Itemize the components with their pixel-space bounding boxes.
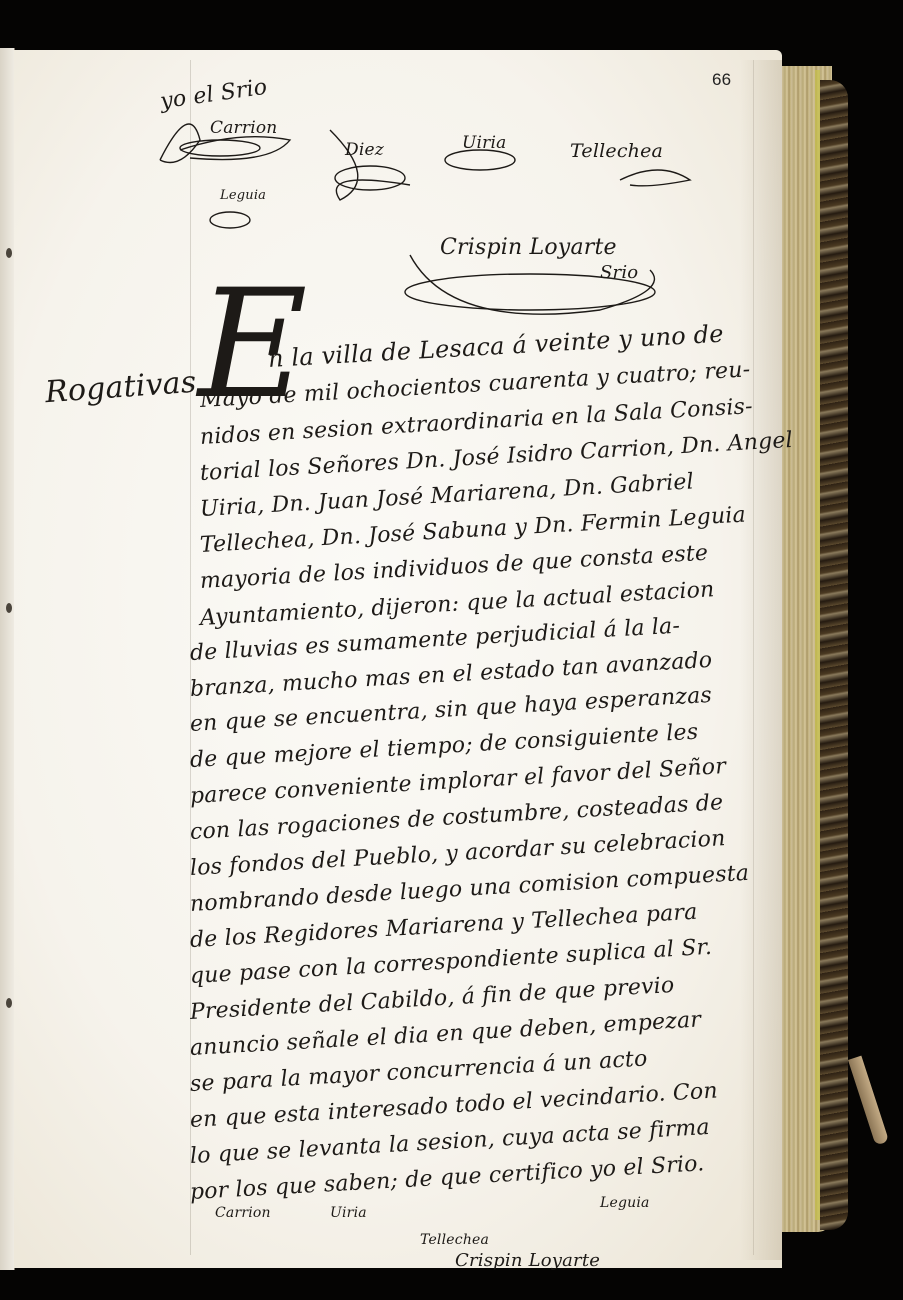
footer-signature-carrion: Carrion xyxy=(215,1205,271,1221)
folio-number: 66 xyxy=(712,70,731,90)
bookmark-ribbon xyxy=(848,1056,889,1146)
manuscript-scan: 66 yo el Srio Carrion Diez Uiria Tellech… xyxy=(0,0,903,1300)
footer-secretary-signature: Crispin Loyarte xyxy=(455,1250,600,1271)
binding-thread-mark xyxy=(6,998,12,1008)
footer-signature-leguia: Leguia xyxy=(600,1195,650,1211)
page-shadow xyxy=(740,60,782,1260)
footer-signature-tellechea: Tellechea xyxy=(420,1232,489,1248)
right-rule-line xyxy=(753,60,754,1255)
binding-thread-mark xyxy=(6,248,12,258)
footer-signature-uiria: Uiria xyxy=(330,1205,367,1221)
marbled-cover xyxy=(820,80,848,1230)
facing-page-edge xyxy=(0,48,15,1270)
binding-thread-mark xyxy=(6,603,12,613)
